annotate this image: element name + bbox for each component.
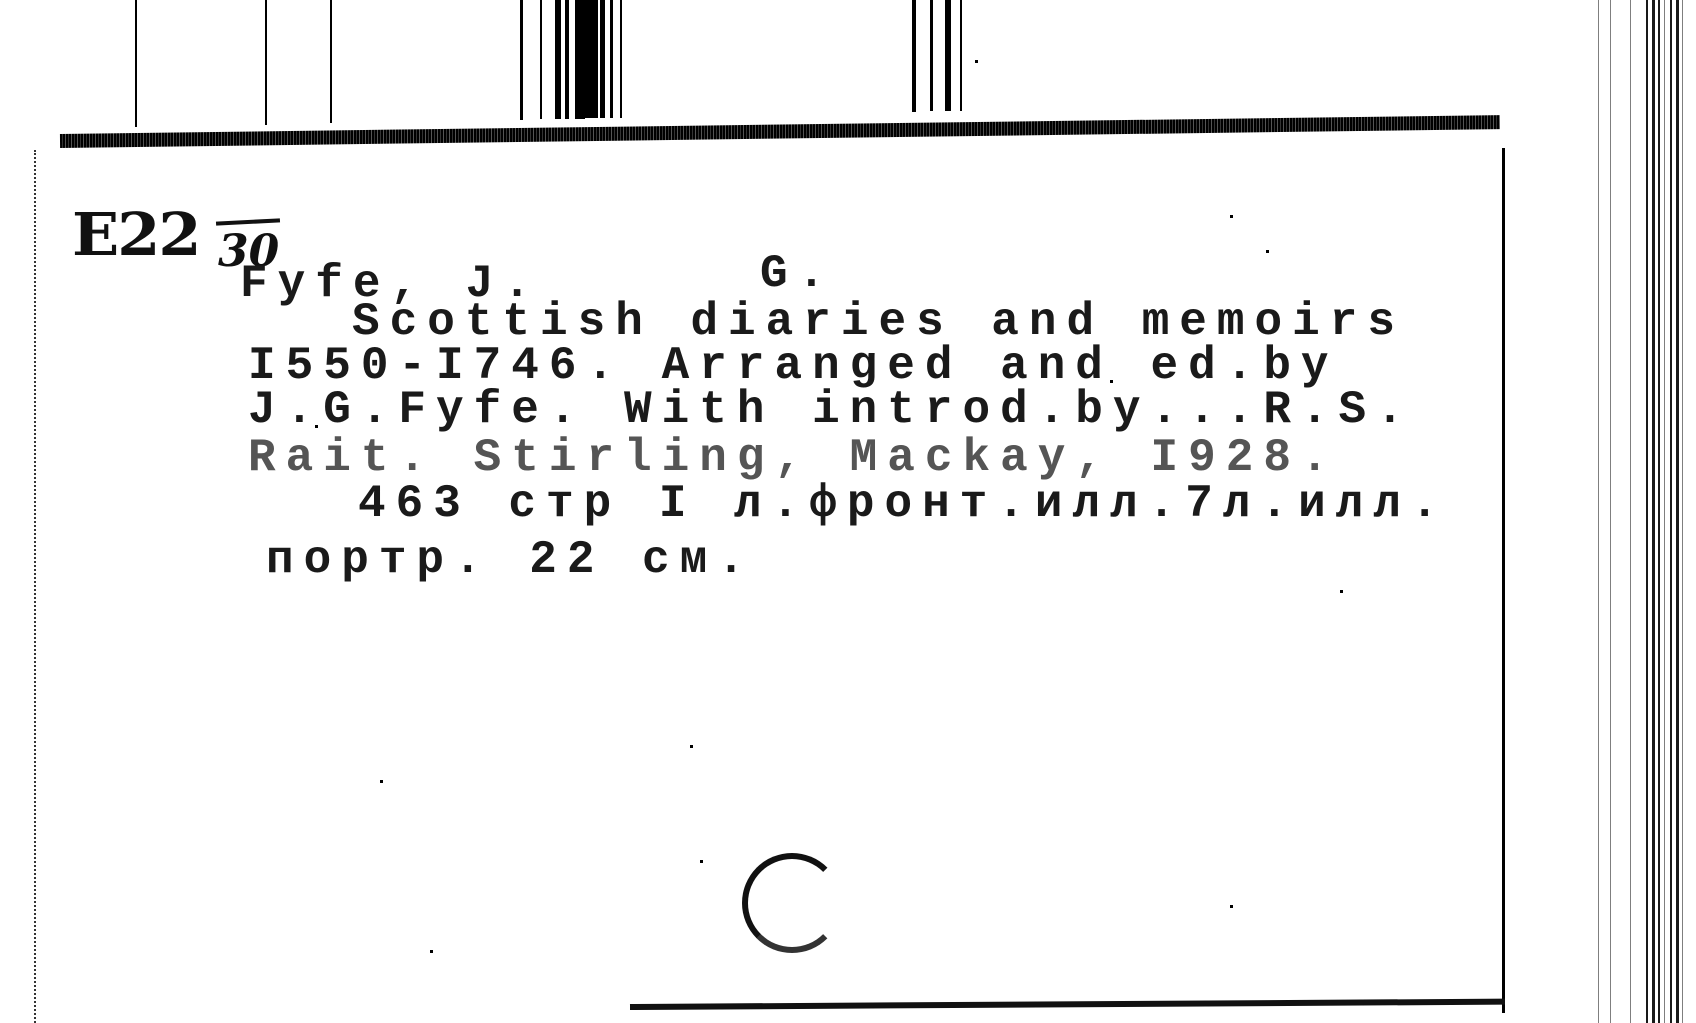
scan-speck	[700, 860, 703, 863]
author-initial: G.	[760, 248, 835, 300]
collation-line-2: портр. 22 см.	[266, 534, 755, 586]
scan-speck	[1230, 905, 1233, 908]
scan-speck	[1110, 380, 1113, 383]
scan-speck	[1340, 590, 1343, 593]
scan-right-margin	[1590, 0, 1696, 1023]
call-number: E22	[72, 200, 200, 269]
scan-left-edge	[34, 150, 40, 1023]
scan-speck	[690, 745, 693, 748]
scan-speck	[1266, 250, 1269, 253]
imprint-line-2: J.G.Fyfe. With introd.by...R.S.	[248, 384, 1414, 436]
scan-speck	[975, 60, 978, 63]
card-punch-hole	[742, 853, 842, 953]
card-top-edge	[50, 128, 1505, 158]
scan-speck	[430, 950, 433, 953]
scan-speck	[1230, 215, 1233, 218]
scan-speck	[315, 425, 318, 428]
collation-line-1: 463 стр I л.фронт.илл.7л.илл.	[358, 478, 1449, 530]
scan-speck	[380, 780, 383, 783]
imprint-line-3: Rait. Stirling, Mackay, I928.	[248, 432, 1339, 484]
